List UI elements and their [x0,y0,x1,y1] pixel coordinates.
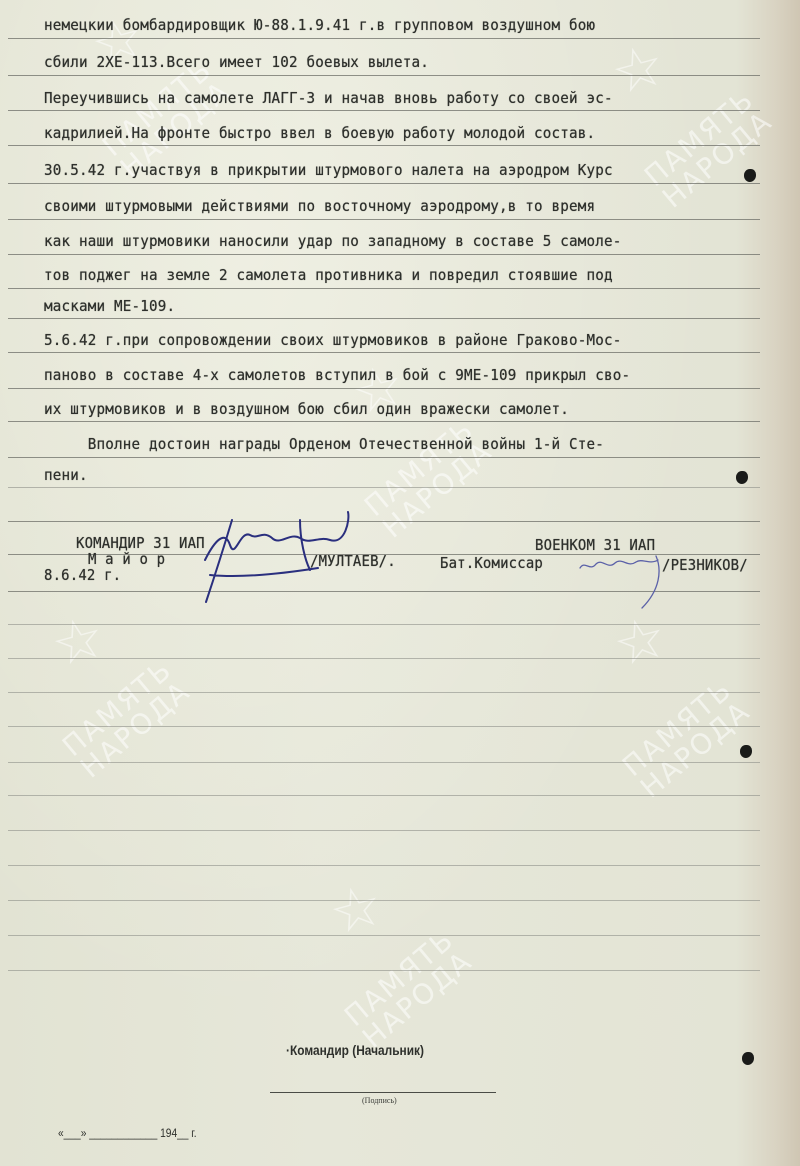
signature-line [270,1092,496,1093]
date-line: «___» ____________ 194__ г. [58,1126,197,1140]
commander-label: ·Командир (Начальник) [286,1042,424,1058]
signature-caption: (Подпись) [362,1096,397,1105]
archival-document-page: ☆ ПАМЯТЬНАРОДА ☆ ПАМЯТЬНАРОДА ☆ ПАМЯТЬНА… [0,0,800,1166]
